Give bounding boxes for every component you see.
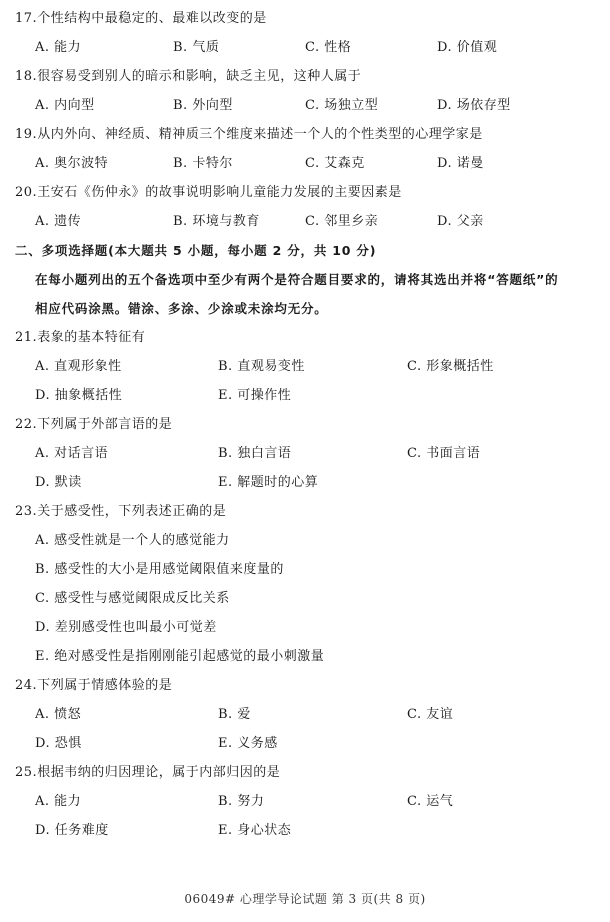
option-17-d: D. 价值观 [437, 40, 497, 56]
option-20-b: B. 环境与教育 [173, 214, 260, 230]
option-23-b: B. 感受性的大小是用感觉阈限值来度量的 [35, 562, 284, 578]
option-21-b: B. 直观易变性 [218, 359, 305, 375]
option-23-e: E. 绝对感受性是指刚刚能引起感觉的最小刺激量 [35, 649, 324, 665]
option-22-c: C. 书面言语 [407, 446, 480, 462]
option-25-b: B. 努力 [218, 794, 264, 810]
option-20-c: C. 邻里乡亲 [305, 214, 378, 230]
option-22-d: D. 默读 [35, 475, 82, 491]
option-24-c: C. 友谊 [407, 707, 453, 723]
question-22-stem: 22.下列属于外部言语的是 [15, 417, 172, 433]
option-18-c: C. 场独立型 [305, 98, 378, 114]
question-24-stem: 24.下列属于情感体验的是 [15, 678, 172, 694]
option-20-a: A. 遗传 [35, 214, 81, 230]
option-19-a: A. 奥尔波特 [35, 156, 108, 172]
question-19-stem: 19.从内外向、神经质、精神质三个维度来描述一个人的个性类型的心理学家是 [15, 127, 483, 143]
question-21-stem: 21.表象的基本特征有 [15, 330, 145, 346]
option-25-d: D. 任务难度 [35, 823, 109, 839]
option-23-c: C. 感受性与感觉阈限成反比关系 [35, 591, 230, 607]
option-20-d: D. 父亲 [437, 214, 484, 230]
option-23-d: D. 差别感受性也叫最小可觉差 [35, 620, 217, 636]
option-24-b: B. 爱 [218, 707, 251, 723]
option-23-a: A. 感受性就是一个人的感觉能力 [35, 533, 230, 549]
option-19-b: B. 卡特尔 [173, 156, 233, 172]
option-25-c: C. 运气 [407, 794, 453, 810]
page-footer: 06049# 心理学导论试题 第 3 页(共 8 页) [0, 890, 610, 907]
section-2-instruction-line-1: 在每小题列出的五个备选项中至少有两个是符合题目要求的，请将其选出并将“答题纸”的 [35, 272, 558, 288]
section-2-heading: 二、多项选择题(本大题共 5 小题，每小题 2 分，共 10 分) [15, 243, 376, 259]
option-17-c: C. 性格 [305, 40, 351, 56]
option-24-d: D. 恐惧 [35, 736, 82, 752]
option-17-a: A. 能力 [35, 40, 81, 56]
option-18-a: A. 内向型 [35, 98, 95, 114]
option-25-a: A. 能力 [35, 794, 81, 810]
option-22-b: B. 独白言语 [218, 446, 291, 462]
option-21-e: E. 可操作性 [218, 388, 291, 404]
question-23-stem: 23.关于感受性，下列表述正确的是 [15, 504, 226, 520]
option-17-b: B. 气质 [173, 40, 219, 56]
option-19-c: C. 艾森克 [305, 156, 365, 172]
option-22-e: E. 解题时的心算 [218, 475, 318, 491]
exam-page: 17.个性结构中最稳定的、最难以改变的是 A. 能力 B. 气质 C. 性格 D… [0, 0, 610, 922]
option-21-a: A. 直观形象性 [35, 359, 122, 375]
option-21-c: C. 形象概括性 [407, 359, 494, 375]
question-20-stem: 20.王安石《伤仲永》的故事说明影响儿童能力发展的主要因素是 [15, 185, 402, 201]
option-21-d: D. 抽象概括性 [35, 388, 122, 404]
question-25-stem: 25.根据韦纳的归因理论，属于内部归因的是 [15, 765, 280, 781]
question-17-stem: 17.个性结构中最稳定的、最难以改变的是 [15, 11, 267, 27]
option-24-a: A. 愤怒 [35, 707, 81, 723]
question-18-stem: 18.很容易受到别人的暗示和影响，缺乏主见，这种人属于 [15, 69, 361, 85]
option-24-e: E. 义务感 [218, 736, 278, 752]
option-18-d: D. 场依存型 [437, 98, 511, 114]
option-18-b: B. 外向型 [173, 98, 233, 114]
option-25-e: E. 身心状态 [218, 823, 291, 839]
section-2-instruction-line-2: 相应代码涂黑。错涂、多涂、少涂或未涂均无分。 [35, 301, 328, 317]
option-19-d: D. 诺曼 [437, 156, 484, 172]
option-22-a: A. 对话言语 [35, 446, 108, 462]
